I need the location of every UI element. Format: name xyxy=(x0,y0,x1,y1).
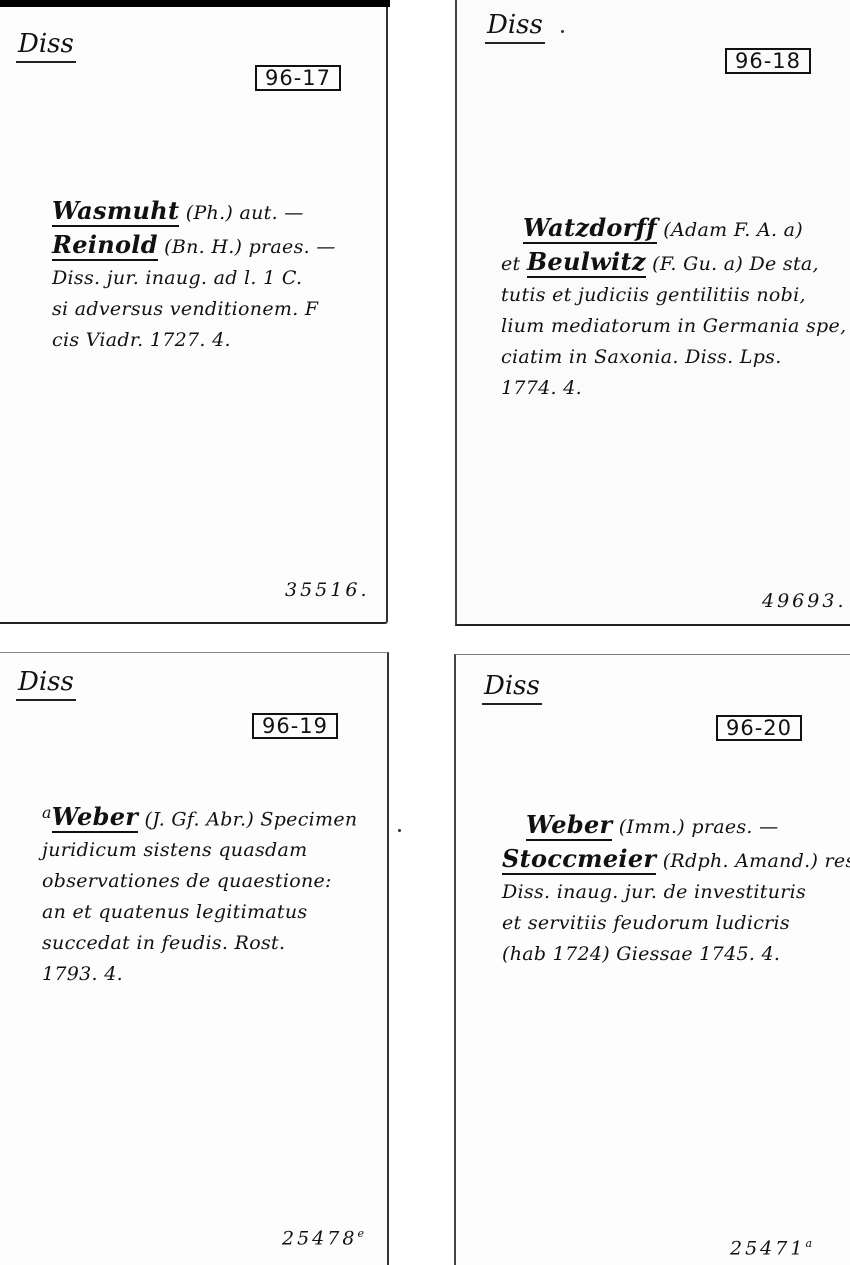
entry-line-author: aWeber (J. Gf. Abr.) Specimen xyxy=(42,797,357,835)
call-number: 96-20 xyxy=(716,715,802,741)
card-heading: Diss xyxy=(482,673,542,705)
card-heading: Diss xyxy=(485,12,545,44)
entry-line-author: Wasmuht (Ph.) aut. — xyxy=(52,195,336,229)
catalog-card-96-20: Diss 96-20 Weber (Imm.) praes. — Stoccme… xyxy=(454,654,850,1265)
card-heading: Diss xyxy=(16,31,76,63)
entry-line-coauthor: et Beulwitz (F. Gu. a) De sta, xyxy=(501,246,846,280)
author-name: Watzdorff xyxy=(523,213,657,244)
author-name: Weber xyxy=(52,802,138,833)
card-heading: Diss xyxy=(16,669,76,701)
entry-line: Diss. jur. inaug. ad l. 1 C. xyxy=(52,263,336,294)
catalog-card-96-19: Diss 96-19 aWeber (J. Gf. Abr.) Specimen… xyxy=(0,652,389,1265)
ink-speck xyxy=(561,30,564,33)
accession-number: 35516. xyxy=(285,579,369,601)
catalog-entry: Wasmuht (Ph.) aut. — Reinold (Bn. H.) pr… xyxy=(52,195,336,356)
entry-line-author: Watzdorff (Adam F. A. a) xyxy=(501,212,846,246)
entry-line-respondent: Stoccmeier (Rdph. Amand.) resp. xyxy=(502,843,850,877)
entry-line-praeses: Reinold (Bn. H.) praes. — xyxy=(52,229,336,263)
entry-line: an et quatenus legitimatus xyxy=(42,897,357,928)
praeses-name: Reinold xyxy=(52,230,158,261)
catalog-card-96-18: Diss 96-18 Watzdorff (Adam F. A. a) et B… xyxy=(455,0,850,626)
coauthor-name: Beulwitz xyxy=(527,247,646,278)
entry-line: et servitiis feudorum ludicris xyxy=(502,908,850,939)
entry-line: lium mediatorum in Germania spe, xyxy=(501,311,846,342)
catalog-card-96-17: Diss 96-17 Wasmuht (Ph.) aut. — Reinold … xyxy=(0,7,388,624)
respondent-name: Stoccmeier xyxy=(502,844,656,875)
scan-top-edge xyxy=(0,0,390,7)
call-number: 96-18 xyxy=(725,48,811,74)
entry-line: 1793. 4. xyxy=(42,959,357,990)
accession-number: 25471a xyxy=(730,1237,812,1259)
catalog-entry: aWeber (J. Gf. Abr.) Specimen juridicum … xyxy=(42,797,357,990)
entry-line: si adversus venditionem. F xyxy=(52,294,336,325)
entry-line: succedat in feudis. Rost. xyxy=(42,928,357,959)
catalog-entry: Watzdorff (Adam F. A. a) et Beulwitz (F.… xyxy=(501,212,846,404)
ink-speck xyxy=(398,829,401,832)
accession-number: 49693. xyxy=(762,590,846,612)
entry-line: 1774. 4. xyxy=(501,373,846,404)
author-name: Wasmuht xyxy=(52,196,179,227)
entry-line: (hab 1724) Giessae 1745. 4. xyxy=(502,939,850,970)
call-number: 96-19 xyxy=(252,713,338,739)
author-prefix: a xyxy=(42,803,52,822)
call-number: 96-17 xyxy=(255,65,341,91)
entry-line: observationes de quaestione: xyxy=(42,866,357,897)
entry-line-praeses: Weber (Imm.) praes. — xyxy=(502,809,850,843)
praeses-name: Weber xyxy=(526,810,612,841)
entry-line: Diss. inaug. jur. de investituris xyxy=(502,877,850,908)
entry-line: juridicum sistens quasdam xyxy=(42,835,357,866)
catalog-entry: Weber (Imm.) praes. — Stoccmeier (Rdph. … xyxy=(502,809,850,970)
entry-line: tutis et judiciis gentilitiis nobi, xyxy=(501,280,846,311)
accession-number: 25478e xyxy=(282,1227,364,1249)
entry-line: ciatim in Saxonia. Diss. Lps. xyxy=(501,342,846,373)
entry-line: cis Viadr. 1727. 4. xyxy=(52,325,336,356)
